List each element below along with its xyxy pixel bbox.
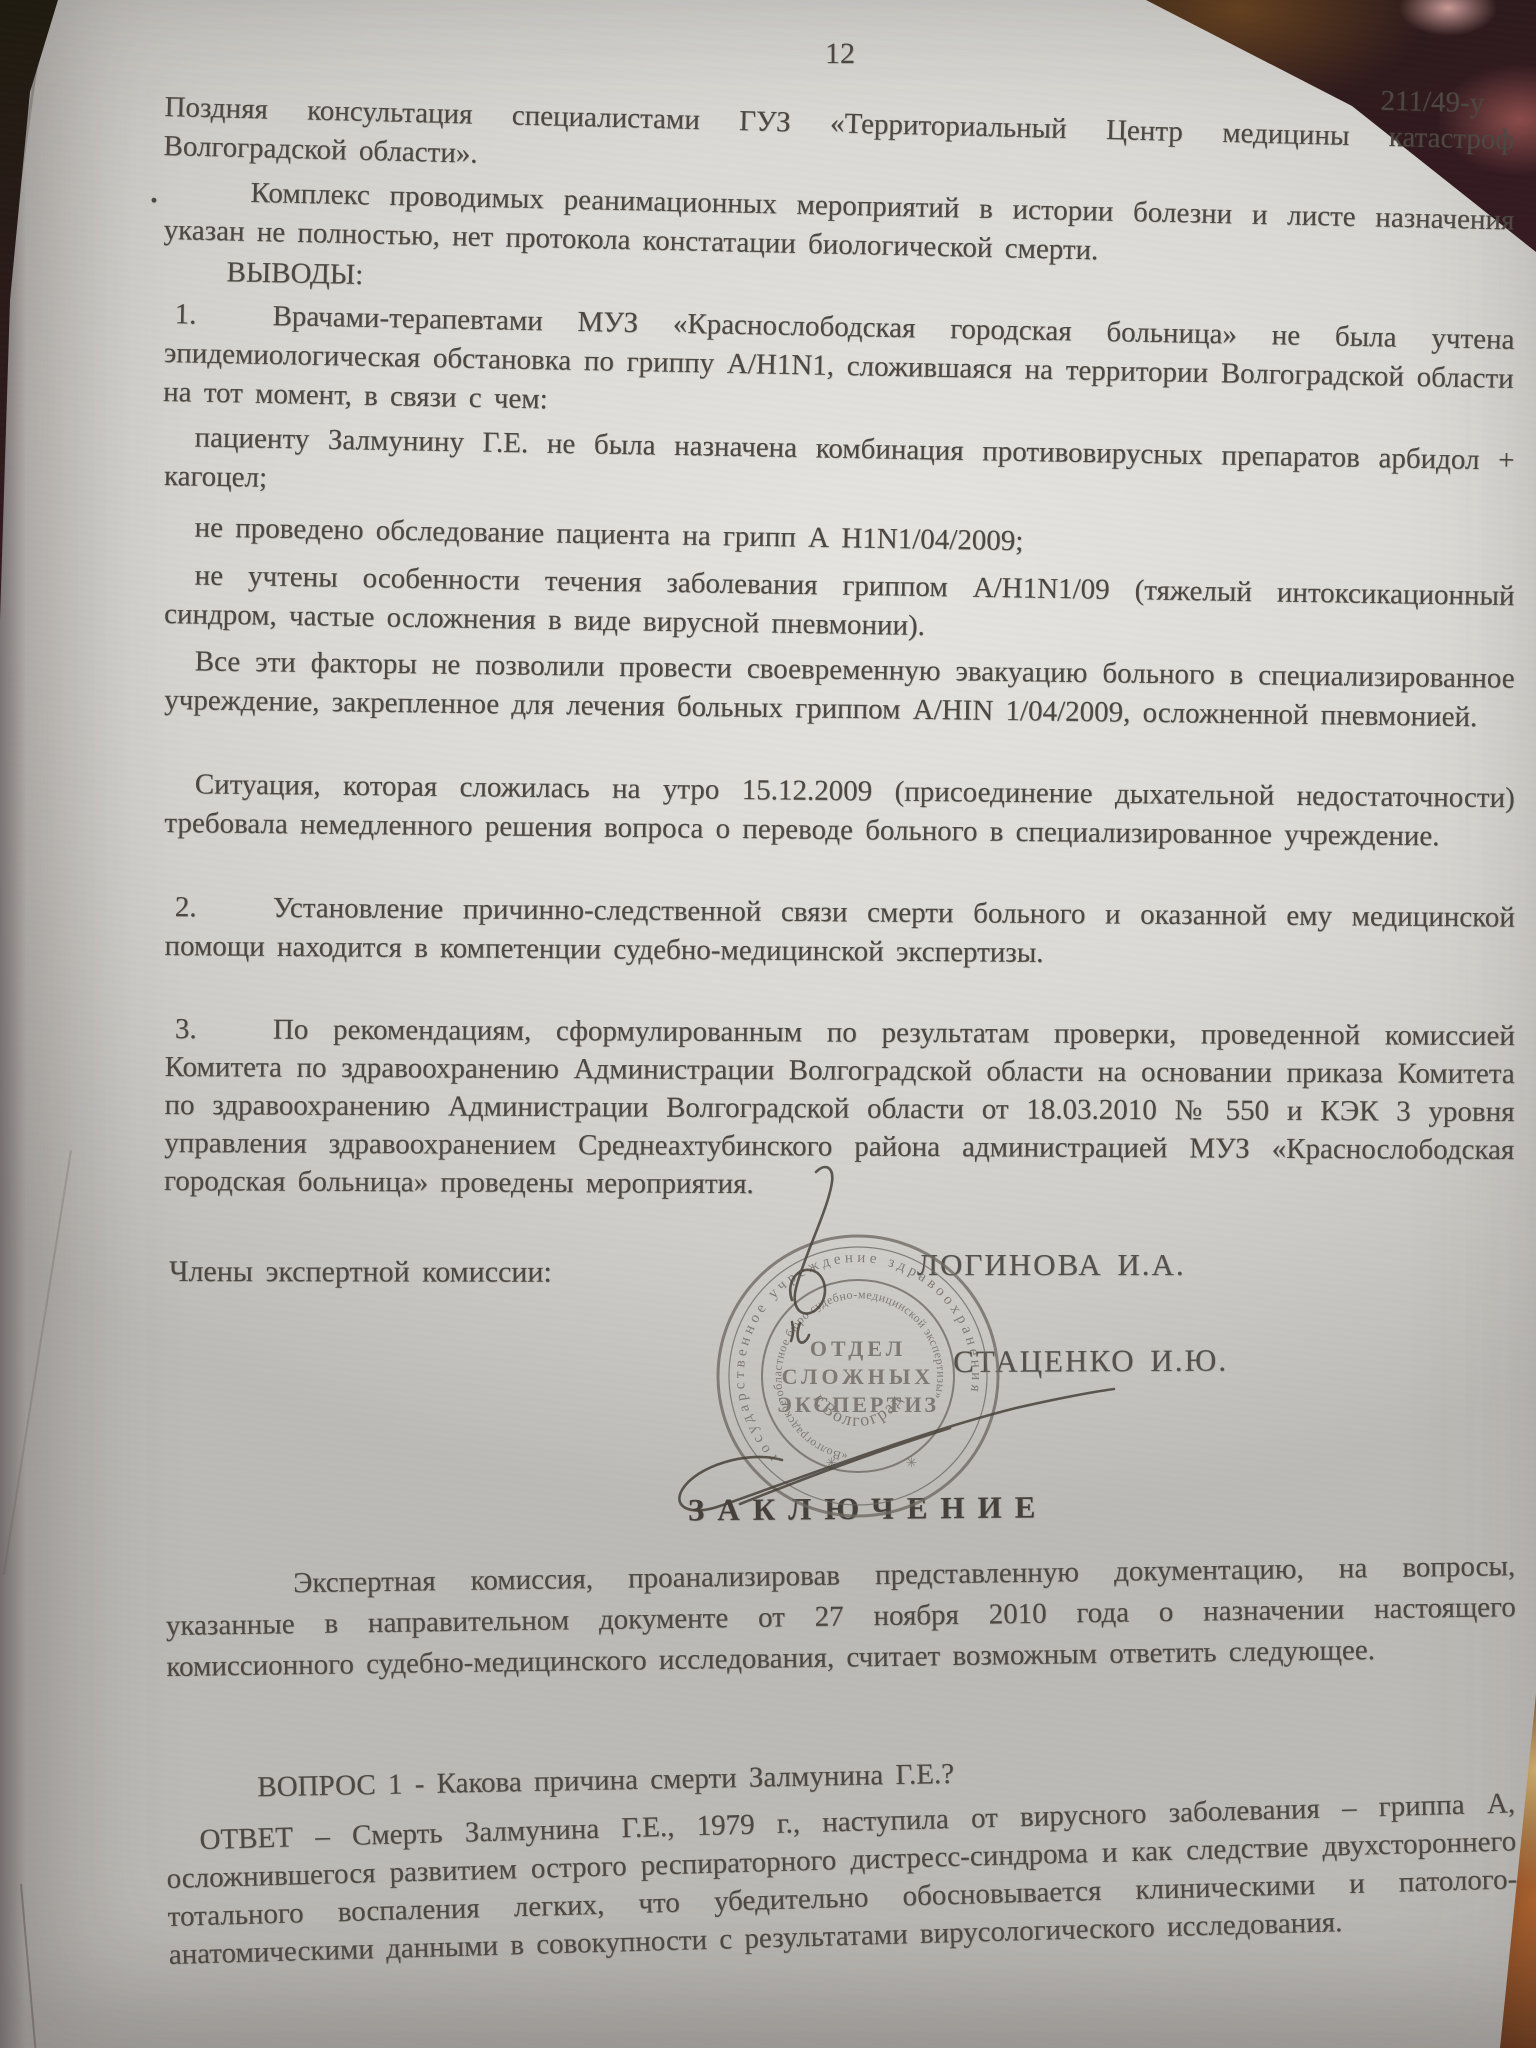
finding-item-1-text: Врачами-терапевтами МУЗ «Краснослободска… [163,300,1515,415]
paragraph-situation: Ситуация, которая сложилась на утро 15.1… [164,765,1515,857]
round-seal-and-signatures: государственное учреждение здравоохранен… [620,1160,1140,1590]
paper-crease-mid-left [3,1150,72,1575]
seal-center-line1: ОТДЕЛ [810,1336,906,1361]
finding-item-1-number: 1. [174,295,196,334]
seal-star-right: ✳ [906,1455,917,1470]
finding-item-3-number: 3. [175,1010,197,1048]
bullet-marker: • [150,182,158,221]
finding-item-2: 2.Установление причинно-следственной свя… [164,888,1515,977]
finding-item-2-number: 2. [175,888,197,927]
seal-center-line2: СЛОЖНЫХ [782,1364,935,1389]
photographed-document-page: { "page": { "number": "12", "case_ref": … [0,0,1536,2048]
signature-statsenko-stroke [740,1428,950,1504]
paper-crease-bottom-left [20,1884,37,2048]
commission-members-label: Члены экспертной комиссии: [169,1252,552,1292]
finding-item-2-text: Установление причинно-следственной связи… [164,892,1515,969]
round-seal: государственное учреждение здравоохранен… [718,1236,998,1516]
